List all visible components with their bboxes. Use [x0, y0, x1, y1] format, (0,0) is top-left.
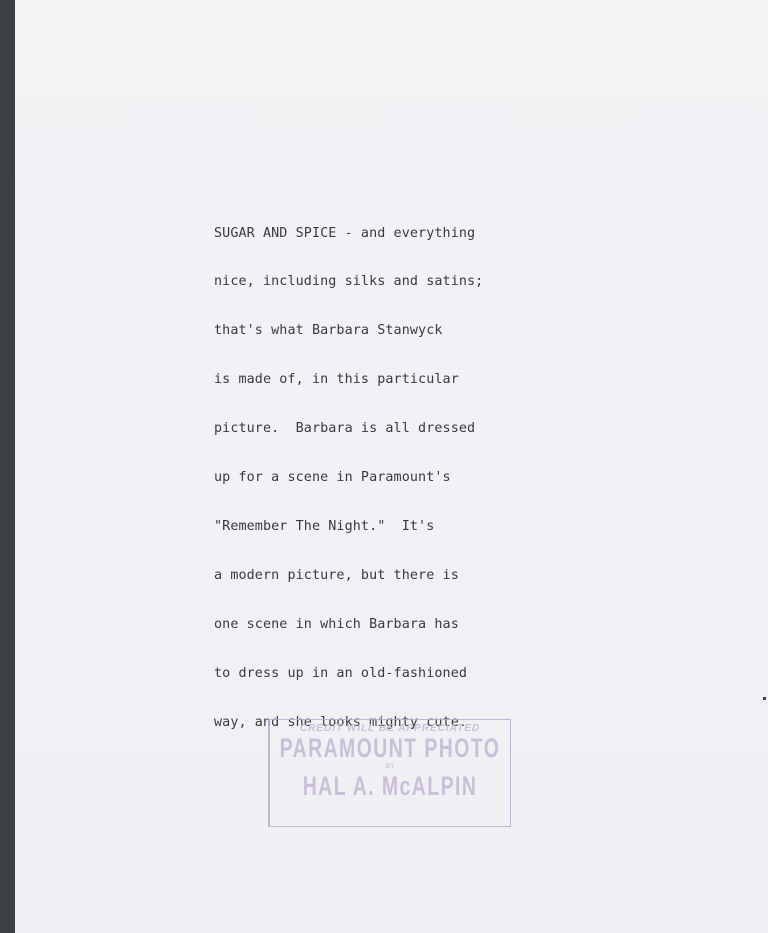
- stamp-studio: PARAMOUNT PHOTO: [275, 734, 505, 762]
- caption-line: that's what Barbara Stanwyck: [214, 323, 483, 339]
- caption-line: "Remember The Night." It's: [214, 519, 483, 535]
- credit-stamp: CREDIT WILL BE APPRECIATED PARAMOUNT PHO…: [268, 719, 511, 827]
- photo-back-paper: SUGAR AND SPICE - and everything nice, i…: [15, 0, 768, 933]
- caption-line: a modern picture, but there is: [214, 568, 483, 584]
- caption-line: to dress up in an old-fashioned: [214, 666, 483, 682]
- paper-speck: [763, 697, 766, 700]
- caption-line: SUGAR AND SPICE - and everything: [214, 226, 483, 242]
- typed-caption: SUGAR AND SPICE - and everything nice, i…: [214, 193, 483, 763]
- caption-line: up for a scene in Paramount's: [214, 470, 483, 486]
- caption-line: one scene in which Barbara has: [214, 617, 483, 633]
- stamp-photographer: HAL A. McALPIN: [275, 771, 505, 801]
- caption-line: picture. Barbara is all dressed: [214, 421, 483, 437]
- caption-line: is made of, in this particular: [214, 372, 483, 388]
- stamp-by: BY: [270, 762, 510, 771]
- caption-line: nice, including silks and satins;: [214, 274, 483, 290]
